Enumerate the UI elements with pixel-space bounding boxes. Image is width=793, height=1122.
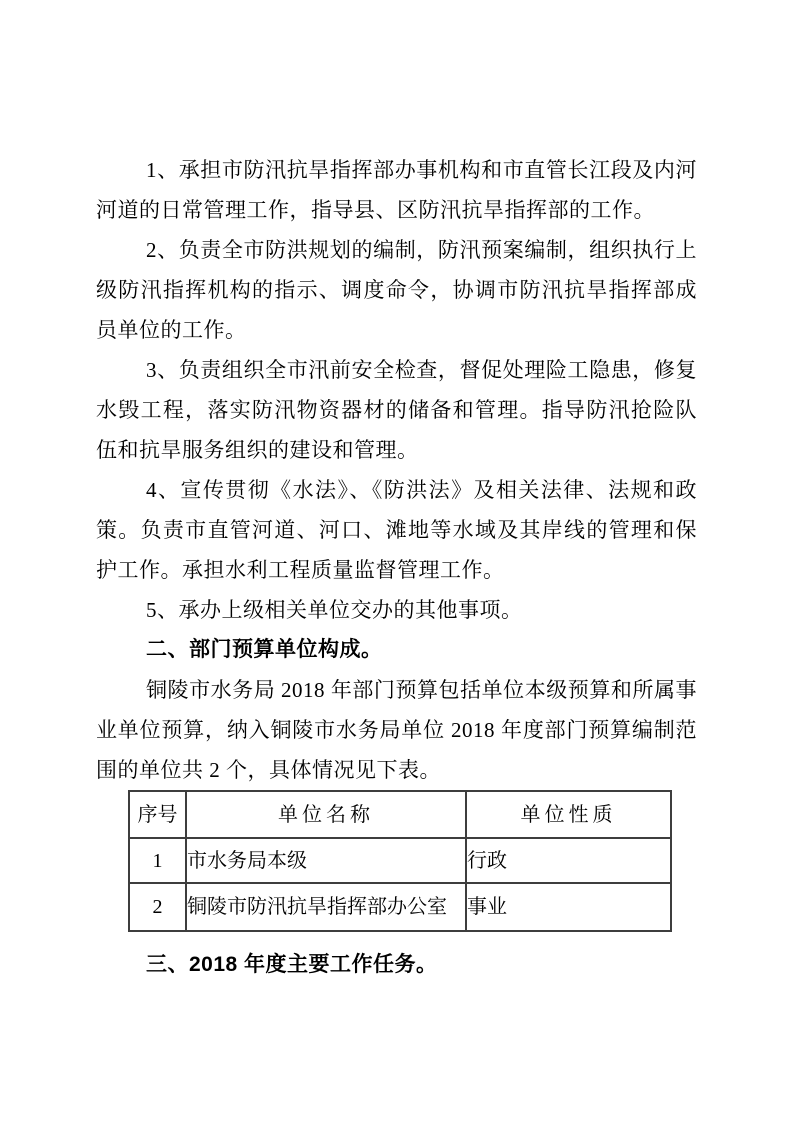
budget-units-table: 序号 单位名称 单位性质 1 市水务局本级 行政 2 铜陵市防汛抗旱指挥部办公室… — [128, 790, 672, 932]
document-page: 1、承担市防汛抗旱指挥部办事机构和市直管长江段及内河河道的日常管理工作，指导县、… — [0, 0, 793, 1122]
cell-unit-nature: 事业 — [466, 883, 671, 931]
budget-units-intro-paragraph: 铜陵市水务局 2018 年部门预算包括单位本级预算和所属事业单位预算，纳入铜陵市… — [96, 670, 697, 790]
duty-paragraph-1: 1、承担市防汛抗旱指挥部办事机构和市直管长江段及内河河道的日常管理工作，指导县、… — [96, 150, 697, 230]
section-heading-budget-units: 二、部门预算单位构成。 — [96, 630, 697, 670]
cell-unit-name: 铜陵市防汛抗旱指挥部办公室 — [186, 883, 466, 931]
table-row: 1 市水务局本级 行政 — [129, 838, 671, 883]
cell-unit-nature: 行政 — [466, 838, 671, 883]
header-cell-unit-name: 单位名称 — [186, 791, 466, 838]
cell-serial-number: 2 — [129, 883, 186, 931]
header-cell-serial-number: 序号 — [129, 791, 186, 838]
section-heading-work-tasks: 三、2018 年度主要工作任务。 — [96, 945, 697, 985]
table-row: 2 铜陵市防汛抗旱指挥部办公室 事业 — [129, 883, 671, 931]
duty-paragraph-2: 2、负责全市防洪规划的编制，防汛预案编制，组织执行上级防汛指挥机构的指示、调度命… — [96, 230, 697, 350]
duty-paragraph-5: 5、承办上级相关单位交办的其他事项。 — [96, 590, 697, 630]
duty-paragraph-3: 3、负责组织全市汛前安全检查，督促处理险工隐患，修复水毁工程，落实防汛物资器材的… — [96, 350, 697, 470]
duty-paragraph-4: 4、宣传贯彻《水法》、《防洪法》及相关法律、法规和政策。负责市直管河道、河口、滩… — [96, 470, 697, 590]
header-cell-unit-nature: 单位性质 — [466, 791, 671, 838]
table-header-row: 序号 单位名称 单位性质 — [129, 791, 671, 838]
cell-unit-name: 市水务局本级 — [186, 838, 466, 883]
cell-serial-number: 1 — [129, 838, 186, 883]
